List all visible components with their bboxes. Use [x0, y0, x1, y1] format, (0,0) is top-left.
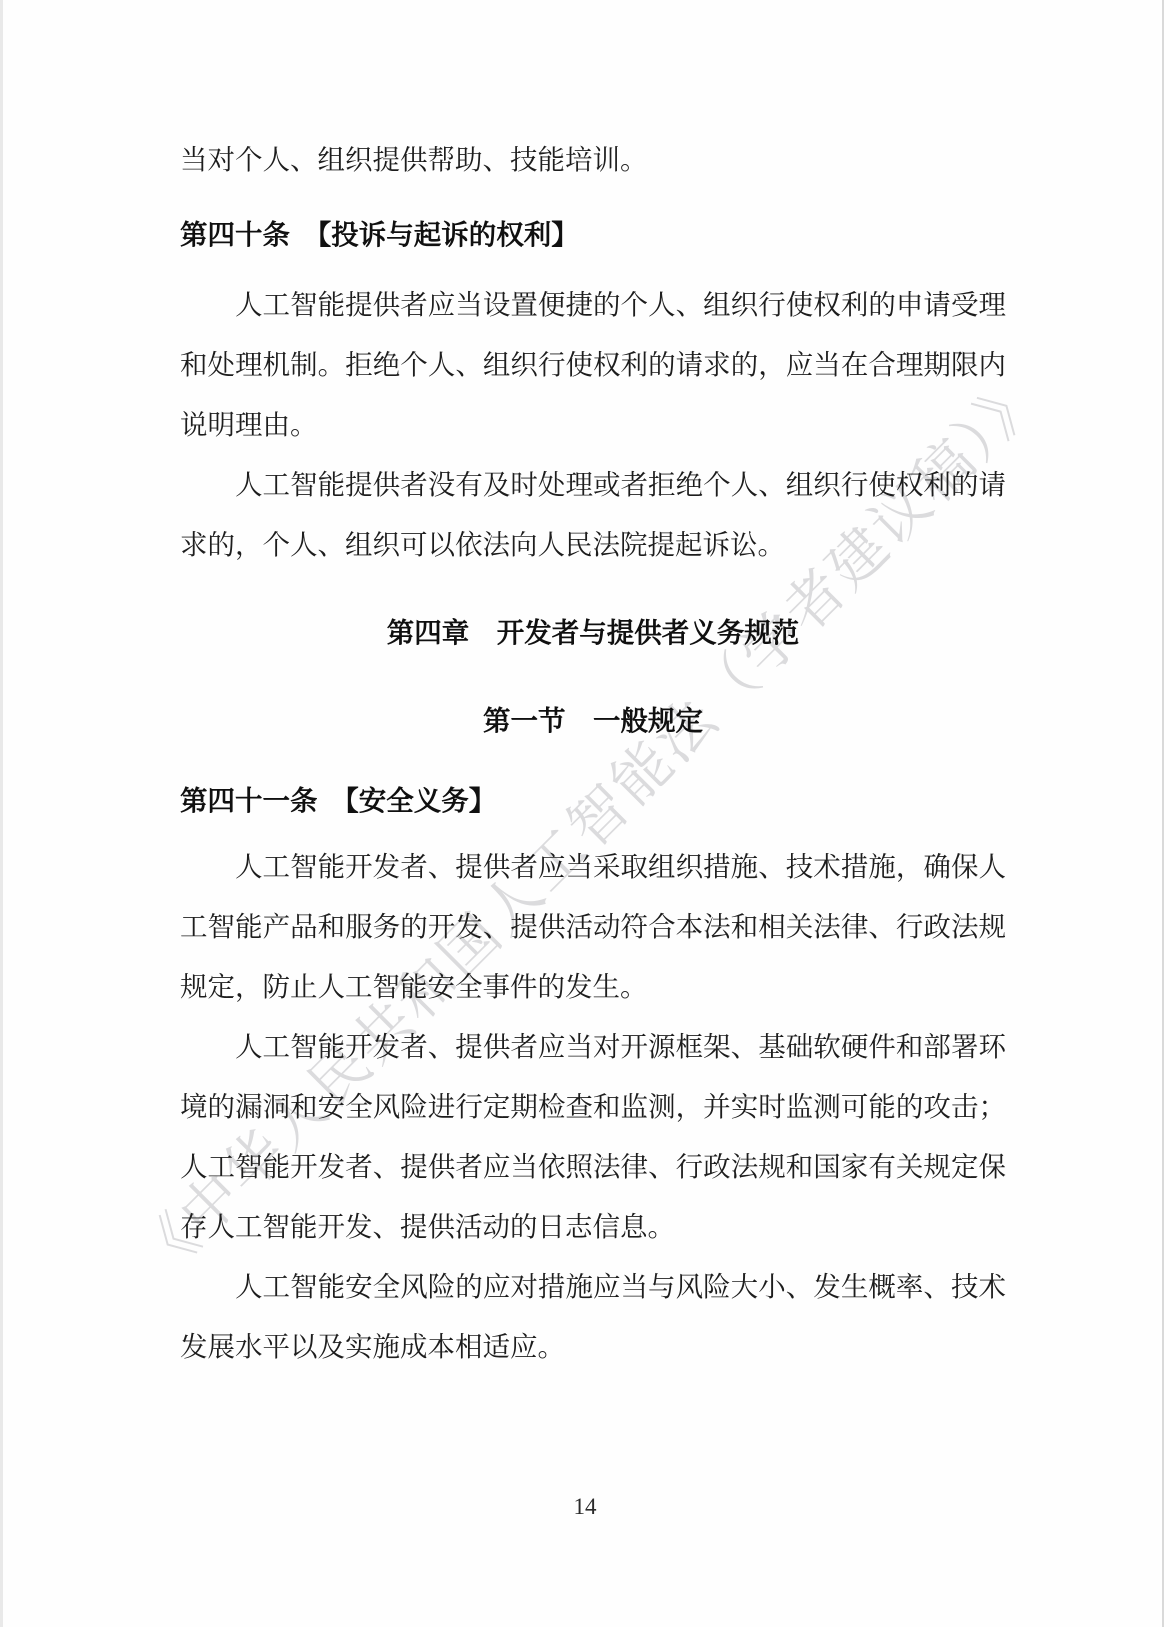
document-page: 《中华人民共和国人工智能法（学者建议稿）》 当对个人、组织提供帮助、技能培训。 … [0, 0, 1170, 1627]
article-41-heading: 第四十一条 【安全义务】 [180, 771, 1006, 831]
section-1-heading: 第一节 一般规定 [180, 691, 1006, 751]
article-40-heading: 第四十条 【投诉与起诉的权利】 [180, 205, 1006, 265]
scan-edge-left [0, 0, 3, 1627]
paragraph-continuation-line: 当对个人、组织提供帮助、技能培训。 [180, 130, 1006, 190]
article-41-paragraph-1: 人工智能开发者、提供者应当采取组织措施、技术措施，确保人工智能产品和服务的开发、… [180, 837, 1006, 1017]
page-number: 14 [0, 1492, 1170, 1522]
article-40-paragraph-1: 人工智能提供者应当设置便捷的个人、组织行使权利的申请受理和处理机制。拒绝个人、组… [180, 275, 1006, 455]
article-41-paragraph-2: 人工智能开发者、提供者应当对开源框架、基础软硬件和部署环境的漏洞和安全风险进行定… [180, 1017, 1006, 1257]
article-40-paragraph-2: 人工智能提供者没有及时处理或者拒绝个人、组织行使权利的请求的，个人、组织可以依法… [180, 455, 1006, 575]
article-41-paragraph-3: 人工智能安全风险的应对措施应当与风险大小、发生概率、技术发展水平以及实施成本相适… [180, 1257, 1006, 1377]
page-content: 当对个人、组织提供帮助、技能培训。 第四十条 【投诉与起诉的权利】 人工智能提供… [180, 130, 1006, 1377]
scan-edge-right [1162, 0, 1164, 1627]
chapter-4-heading: 第四章 开发者与提供者义务规范 [180, 603, 1006, 663]
